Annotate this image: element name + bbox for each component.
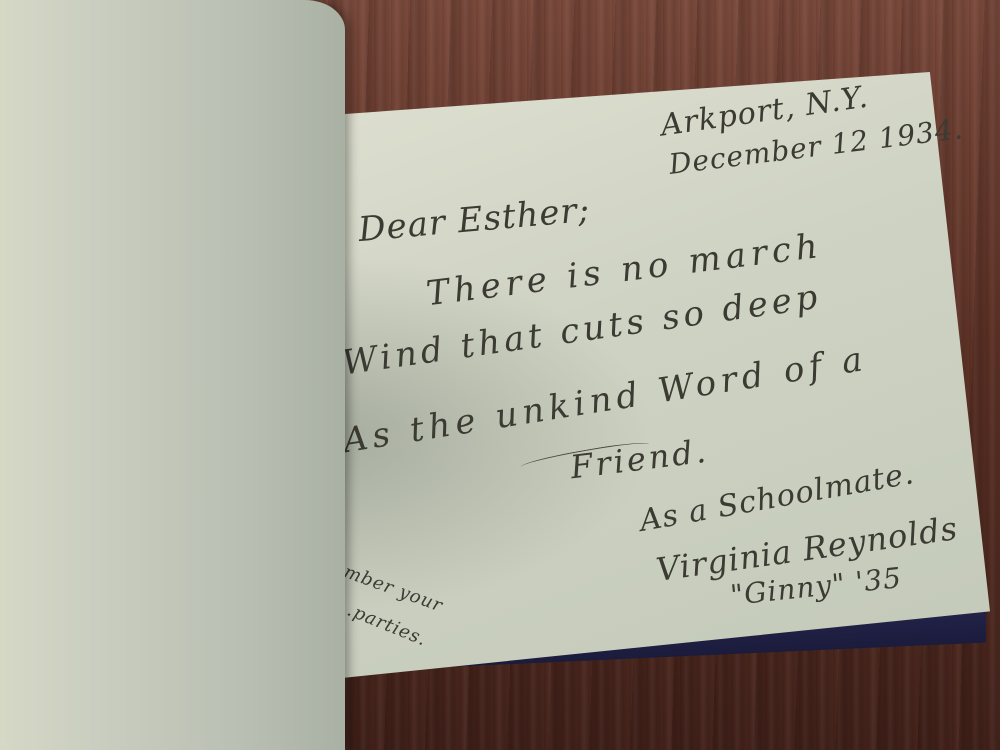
autograph-page-left-blank: [0, 0, 345, 750]
